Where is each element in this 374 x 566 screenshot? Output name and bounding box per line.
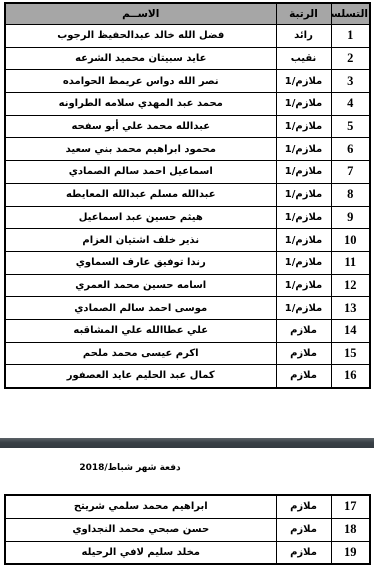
serial-cell: 19 <box>331 541 370 564</box>
serial-cell: 9 <box>331 206 370 229</box>
document-page: التسلسل الرتبة الاســم 1 رائد فضل الله خ… <box>0 0 374 566</box>
rank-cell: ملازم/1 <box>276 138 331 161</box>
rank-cell: ملازم/1 <box>276 229 331 252</box>
table-header-row: التسلسل الرتبة الاســم <box>5 3 370 25</box>
rank-cell: ملازم/1 <box>276 70 331 93</box>
rank-cell: ملازم <box>276 541 331 564</box>
rank-cell: ملازم <box>276 365 331 388</box>
name-cell: نذير خلف اشتيان العزام <box>5 229 276 252</box>
rank-cell: ملازم/1 <box>276 161 331 184</box>
table-row: 13 ملازم/1 موسى احمد سالم الصمادي <box>5 297 370 320</box>
table-row: 17 ملازم ابراهيم محمد سلمي شريتح <box>5 495 370 518</box>
table-row: 19 ملازم مخلد سليم لافي الرحيله <box>5 541 370 564</box>
rank-cell: رائد <box>276 25 331 48</box>
serial-cell: 18 <box>331 518 370 541</box>
name-cell: محمود ابراهيم محمد بني سعيد <box>5 138 276 161</box>
table-row: 8 ملازم/1 عبدالله مسلم عبدالله المعايطه <box>5 183 370 206</box>
rank-cell: ملازم <box>276 518 331 541</box>
serial-cell: 4 <box>331 93 370 116</box>
name-cell: ابراهيم محمد سلمي شريتح <box>5 495 276 518</box>
serial-cell: 17 <box>331 495 370 518</box>
name-cell: نصر الله دواس عريمط الحوامده <box>5 70 276 93</box>
table-row: 14 ملازم علي عطاالله علي المشاقبه <box>5 319 370 342</box>
name-cell: عبدالله محمد علي أبو سفحه <box>5 115 276 138</box>
serial-cell: 10 <box>331 229 370 252</box>
personnel-table-lower: 17 ملازم ابراهيم محمد سلمي شريتح 18 ملاز… <box>4 494 371 565</box>
rank-cell: ملازم <box>276 495 331 518</box>
table-row: 6 ملازم/1 محمود ابراهيم محمد بني سعيد <box>5 138 370 161</box>
table-row: 16 ملازم كمال عبد الحليم عايد العصفور <box>5 365 370 388</box>
rank-cell: ملازم/1 <box>276 183 331 206</box>
column-header-name: الاســم <box>5 3 276 25</box>
table-row: 3 ملازم/1 نصر الله دواس عريمط الحوامده <box>5 70 370 93</box>
rank-cell: نقيب <box>276 47 331 70</box>
name-cell: هيثم حسين عبد اسماعيل <box>5 206 276 229</box>
serial-cell: 11 <box>331 251 370 274</box>
table-row: 9 ملازم/1 هيثم حسين عبد اسماعيل <box>5 206 370 229</box>
table-row: 7 ملازم/1 اسماعيل احمد سالم الصمادي <box>5 161 370 184</box>
name-cell: كمال عبد الحليم عايد العصفور <box>5 365 276 388</box>
name-cell: فضل الله خالد عبدالحفيظ الرجوب <box>5 25 276 48</box>
name-cell: اسامه حسين محمد العمري <box>5 274 276 297</box>
table-row: 12 ملازم/1 اسامه حسين محمد العمري <box>5 274 370 297</box>
name-cell: رندا توفيق عارف السماوي <box>5 251 276 274</box>
name-cell: حسن صبحي محمد النجداوي <box>5 518 276 541</box>
name-cell: عبدالله مسلم عبدالله المعايطه <box>5 183 276 206</box>
rank-cell: ملازم/1 <box>276 297 331 320</box>
section-caption: دفعة شهر شباط/2018 <box>0 463 260 473</box>
serial-cell: 2 <box>331 47 370 70</box>
serial-cell: 16 <box>331 365 370 388</box>
column-header-rank: الرتبة <box>276 3 331 25</box>
table-row: 18 ملازم حسن صبحي محمد النجداوي <box>5 518 370 541</box>
rank-cell: ملازم/1 <box>276 115 331 138</box>
serial-cell: 3 <box>331 70 370 93</box>
rank-cell: ملازم <box>276 319 331 342</box>
serial-cell: 8 <box>331 183 370 206</box>
name-cell: اسماعيل احمد سالم الصمادي <box>5 161 276 184</box>
serial-cell: 5 <box>331 115 370 138</box>
table-row: 5 ملازم/1 عبدالله محمد علي أبو سفحه <box>5 115 370 138</box>
rank-cell: ملازم <box>276 342 331 365</box>
name-cell: علي عطاالله علي المشاقبه <box>5 319 276 342</box>
rank-cell: ملازم/1 <box>276 206 331 229</box>
serial-cell: 1 <box>331 25 370 48</box>
table-row: 1 رائد فضل الله خالد عبدالحفيظ الرجوب <box>5 25 370 48</box>
table-row: 10 ملازم/1 نذير خلف اشتيان العزام <box>5 229 370 252</box>
serial-cell: 15 <box>331 342 370 365</box>
column-header-serial: التسلسل <box>331 3 370 25</box>
rank-cell: ملازم/1 <box>276 93 331 116</box>
serial-cell: 6 <box>331 138 370 161</box>
serial-cell: 12 <box>331 274 370 297</box>
name-cell: اكرم عيسى محمد ملحم <box>5 342 276 365</box>
table-row: 15 ملازم اكرم عيسى محمد ملحم <box>5 342 370 365</box>
rank-cell: ملازم/1 <box>276 274 331 297</box>
name-cell: مخلد سليم لافي الرحيله <box>5 541 276 564</box>
table-row: 11 ملازم/1 رندا توفيق عارف السماوي <box>5 251 370 274</box>
table-row: 4 ملازم/1 محمد عبد المهدي سلامه الطراونه <box>5 93 370 116</box>
serial-cell: 7 <box>331 161 370 184</box>
rank-cell: ملازم/1 <box>276 251 331 274</box>
name-cell: موسى احمد سالم الصمادي <box>5 297 276 320</box>
personnel-table-upper: التسلسل الرتبة الاســم 1 رائد فضل الله خ… <box>4 2 371 389</box>
page-break-separator <box>0 438 374 448</box>
name-cell: محمد عبد المهدي سلامه الطراونه <box>5 93 276 116</box>
table-row: 2 نقيب عايد سبيتان محميد الشرعه <box>5 47 370 70</box>
serial-cell: 13 <box>331 297 370 320</box>
serial-cell: 14 <box>331 319 370 342</box>
name-cell: عايد سبيتان محميد الشرعه <box>5 47 276 70</box>
